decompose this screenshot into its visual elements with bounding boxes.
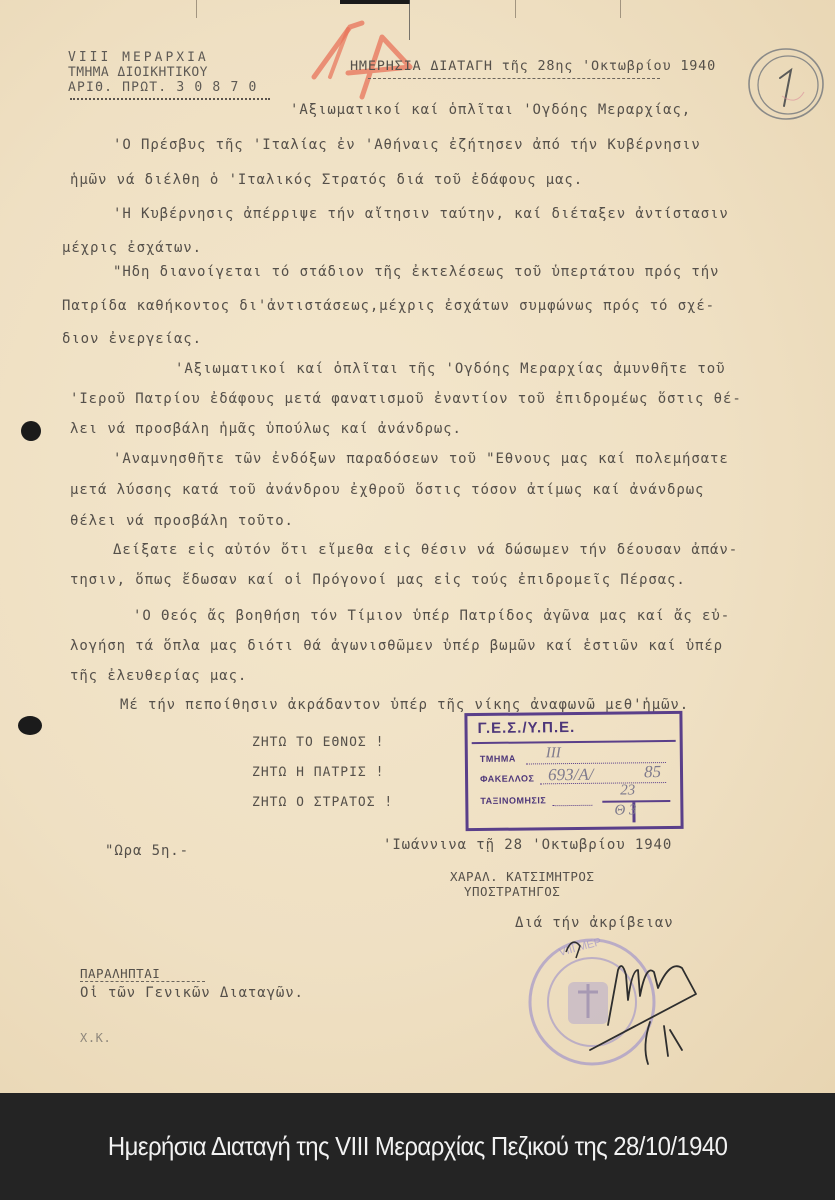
stamp-rule [552,805,592,806]
punch-hole [18,716,42,735]
body-line: 'Ιεροῦ Πατρίου ἐδάφους μετά φανατισμοῦ ἐ… [70,391,742,407]
round-seal-icon: VIII ΜΕΡ [520,930,720,1070]
header-underline [70,98,270,100]
stamp-tmima-value: III [546,745,561,762]
stamp-fakellos-value: 693/Α/ [548,765,594,785]
caption-text: Ημερήσια Διαταγή της VIII Μεραρχίας Πεζι… [108,1131,727,1162]
signatory-rank: ΥΠΟΣΤΡΑΤΗΓΟΣ [464,884,560,899]
archive-stamp: Γ.Ε.Σ./Υ.Π.Ε. ΤΜΗΜΑ III ΦΑΚΕΛΛΟΣ 693/Α/ … [464,711,683,831]
recipients-text: Οἱ τῶν Γενικῶν Διαταγῶν. [80,985,304,1001]
fold-mark [196,0,197,18]
body-line: διον ἐνεργείας. [62,331,202,347]
fold-mark [515,0,516,18]
body-line: λογήση τά ὅπλα μας διότι θά ἀγωνισθῶμεν … [70,638,723,654]
body-line: τῆς ἐλευθερίας μας. [70,668,247,684]
header-protocol-number: ΑΡΙΘ. ΠΡΩΤ. 3 0 8 7 0 [68,80,258,95]
body-line: μέχρις ἐσχάτων. [62,240,202,256]
slogan-homeland: ΖΗΤΩ Η ΠΑΤΡΙΣ ! [252,765,384,780]
body-line: 'Αξιωματικοί καί ὁπλῖται τῆς 'Ογδόης Μερ… [175,361,725,377]
fold-mark [620,0,621,18]
stamp-divider [472,740,676,744]
certification-text: Διά τήν ἀκρίβειαν [515,915,674,931]
body-line: Δείξατε εἰς αὐτόν ὅτι εἴμεθα εἰς θέσιν ν… [113,542,738,558]
body-line: 'Ο Πρέσβυς τῆς 'Ιταλίας ἐν 'Αθήναις ἐζήτ… [113,137,701,153]
body-line: 'Η Κυβέρνησις ἀπέρριψε τήν αἴτησιν ταύτη… [113,206,729,222]
time-stamp: "Ωρα 5η.- [105,843,189,859]
body-line: 'Ο Θεός ἄς βοηθήση τόν Τίμιον ὑπέρ Πατρί… [133,608,730,624]
recipients-heading: ΠΑΡΑΛΗΠΤΑΙ [80,966,160,981]
title-underline [368,78,660,79]
stamp-taxinomisis-bottom: Θ 3 [614,802,636,819]
slogan-nation: ΖΗΤΩ ΤΟ ΕΘΝΟΣ ! [252,735,384,750]
stamp-taxinomisis-top: 23 [620,782,635,799]
signatory-name: ΧΑΡΑΛ. ΚΑΤΣΙΜΗΤΡΟΣ [450,869,594,884]
body-line: τησιν, ὅπως ἔδωσαν καί οἱ Πρόγονοί μας ε… [70,572,686,588]
stamp-title: Γ.Ε.Σ./Υ.Π.Ε. [477,719,575,737]
document-page: VIII ΜΕΡΑΡΧΙΑ ΤΜΗΜΑ ΔΙΟΙΚΗΤΙΚΟΥ ΑΡΙΘ. ΠΡ… [0,0,835,1093]
page-number-circle-icon [746,44,830,128]
slogan-army: ΖΗΤΩ Ο ΣΤΡΑΤΟΣ ! [252,795,393,810]
salutation: 'Αξιωματικοί καί ὁπλῖται 'Ογδόης Μεραρχί… [290,102,691,118]
caption-bar: Ημερήσια Διαταγή της VIII Μεραρχίας Πεζι… [0,1093,835,1200]
body-line: θέλει νά προσβάλη τοῦτο. [70,513,294,529]
stamp-taxinomisis-label: ΤΑΞΙΝΟΜΗΣΙΣ [480,795,546,806]
place-date: 'Ιωάννινα τῇ 28 'Οκτωβρίου 1940 [383,837,672,853]
stamp-tmima-label: ΤΜΗΜΑ [480,754,516,764]
body-line: "Ηδη διανοίγεται τό στάδιον τῆς ἐκτελέσε… [113,264,719,280]
recipients-underline [80,981,205,982]
body-line: ἡμῶν νά διέλθη ὁ 'Ιταλικός Στρατός διά τ… [70,172,583,188]
header-division: VIII ΜΕΡΑΡΧΙΑ [68,50,209,65]
header-department: ΤΜΗΜΑ ΔΙΟΙΚΗΤΙΚΟΥ [68,65,208,80]
body-line: Πατρίδα καθήκοντος δι'ἀντιστάσεως,μέχρις… [62,298,715,314]
document-title: ΗΜΕΡΗΣΙΑ ΔΙΑΤΑΓΗ τῆς 28ης 'Οκτωβρίου 194… [350,58,716,74]
stamp-fakellos-label: ΦΑΚΕΛΛΟΣ [480,773,534,784]
body-line: μετά λύσσης κατά τοῦ ἀνάνδρου ἐχθροῦ ὅστ… [70,482,704,498]
body-line: λει νά προσβάλη ἡμᾶς ὑπούλως καί ἀνάνδρω… [70,421,462,437]
body-line: 'Αναμνησθῆτε τῶν ἐνδόξων παραδόσεων τοῦ … [113,451,729,467]
punch-hole [21,421,41,441]
closing-line: Μέ τήν πεποίθησιν ἀκράδαντον ὑπέρ τῆς νί… [120,697,689,713]
initials: Χ.Κ. [80,1031,111,1045]
binder-tab [340,0,410,4]
stamp-fakellos-extra: 85 [644,762,661,782]
